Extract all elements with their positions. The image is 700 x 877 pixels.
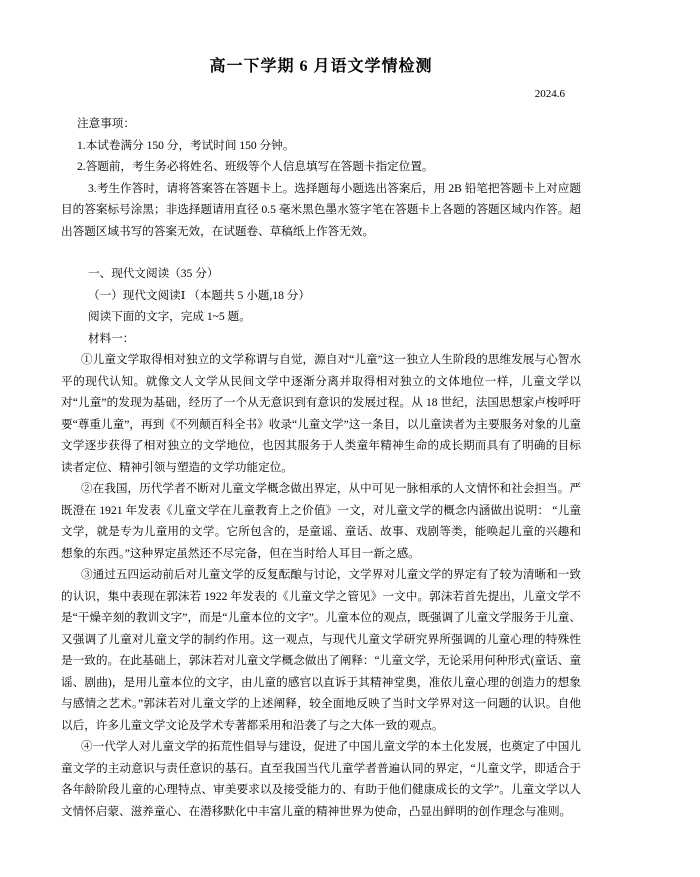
page-title: 高一下学期 6 月语文学情检测 xyxy=(61,56,581,78)
material-paragraph-2: ②在我国，历代学者不断对儿童文学概念做出界定，从中可见一脉相承的人文情怀和社会担… xyxy=(61,478,581,564)
page-content: 高一下学期 6 月语文学情检测 2024.6 注意事项： 1.本试卷满分 150… xyxy=(0,0,581,822)
section-instruction: 阅读下面的文字，完成 1~5 题。 xyxy=(61,306,581,328)
section-heading: 一、现代文阅读（35 分） xyxy=(61,263,581,285)
material-paragraph-1: ①儿童文学取得相对独立的文学称谓与自觉，源自对“儿童”这一独立人生阶段的思维发展… xyxy=(61,349,581,478)
notice-item-1: 1.本试卷满分 150 分，考试时间 150 分钟。 xyxy=(61,135,581,157)
notice-section: 注意事项： 1.本试卷满分 150 分，考试时间 150 分钟。 2.答题前，考… xyxy=(61,113,581,242)
notice-item-3: 3.考生作答时，请将答案答在答题卡上。选择题每小题选出答案后，用 2B 铅笔把答… xyxy=(61,178,581,243)
material-paragraph-3: ③通过五四运动前后对儿童文学的反复酝酿与讨论，文学界对儿童文学的界定有了较为清晰… xyxy=(61,564,581,736)
section-subheading: （一）现代文阅读Ⅰ （本题共 5 小题,18 分） xyxy=(61,285,581,307)
material-label: 材料一： xyxy=(61,328,581,350)
modern-reading-section: 一、现代文阅读（35 分） （一）现代文阅读Ⅰ （本题共 5 小题,18 分） … xyxy=(61,263,581,822)
material-paragraph-4: ④一代学人对儿童文学的拓荒性倡导与建设，促进了中国儿童文学的本土化发展，也奠定了… xyxy=(61,736,581,822)
notice-heading: 注意事项： xyxy=(61,113,581,135)
exam-paper-page: 高一下学期 6 月语文学情检测 2024.6 注意事项： 1.本试卷满分 150… xyxy=(0,0,700,877)
exam-date: 2024.6 xyxy=(61,87,581,101)
notice-item-2: 2.答题前，考生务必将姓名、班级等个人信息填写在答题卡指定位置。 xyxy=(61,156,581,178)
